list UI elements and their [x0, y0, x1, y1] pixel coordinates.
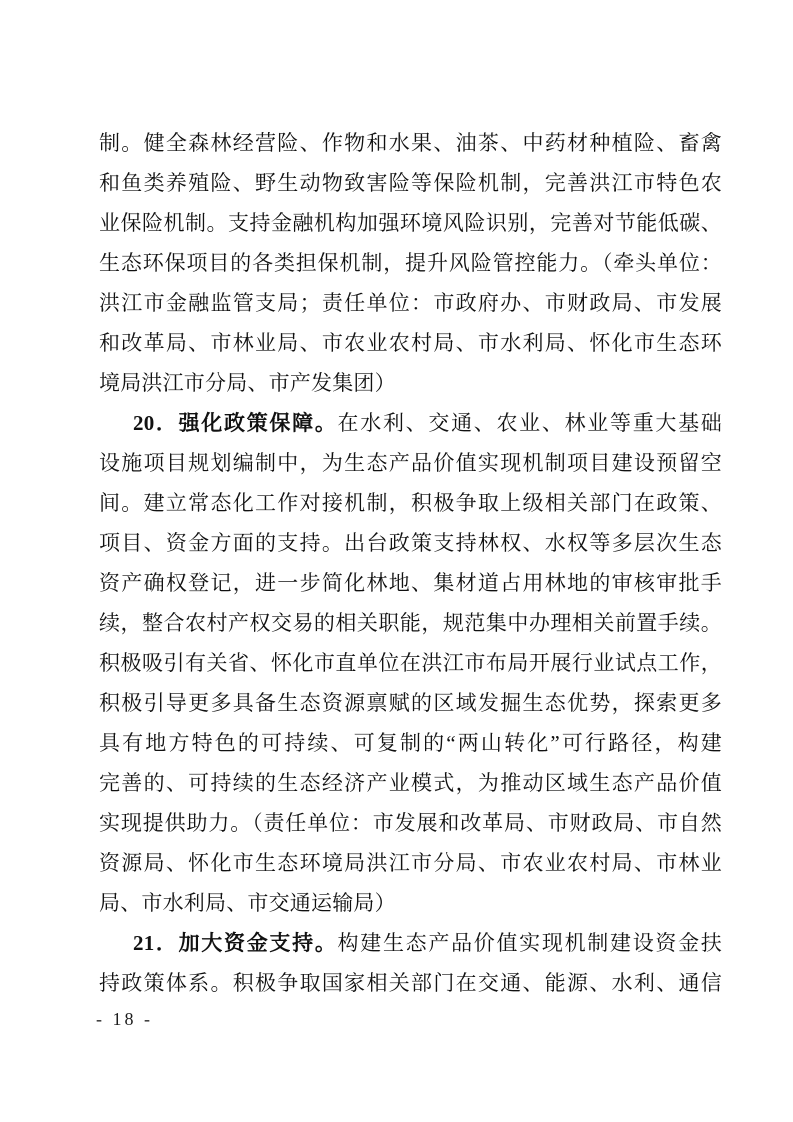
text-line: 生态环保项目的各类担保机制，提升风险管控能力。（牵头单位： [99, 243, 722, 283]
text-line: 制。健全森林经营险、作物和水果、油茶、中药材种植险、畜禽 [99, 123, 722, 163]
text-line: 洪江市金融监管支局；责任单位：市政府办、市财政局、市发展 [99, 283, 722, 323]
text-line: 资产确权登记，进一步简化林地、集材道占用林地的审核审批手 [99, 563, 722, 603]
text-line: 具有地方特色的可持续、可复制的“两山转化”可行路径，构建 [99, 723, 722, 763]
text-line: 完善的、可持续的生态经济产业模式，为推动区域生态产品价值 [99, 763, 722, 803]
text-line: 续，整合农村产权交易的相关职能，规范集中办理相关前置手续。 [99, 603, 722, 643]
document-body: 制。健全森林经营险、作物和水果、油茶、中药材种植险、畜禽 和鱼类养殖险、野生动物… [99, 123, 722, 1003]
text-line: 设施项目规划编制中，为生态产品价值实现机制项目建设预留空 [99, 443, 722, 483]
text-line: 积极吸引有关省、怀化市直单位在洪江市布局开展行业试点工作， [99, 643, 722, 683]
text-line: 和改革局、市林业局、市农业农村局、市水利局、怀化市生态环 [99, 323, 722, 363]
text-line: 项目、资金方面的支持。出台政策支持林权、水权等多层次生态 [99, 523, 722, 563]
text-line: 资源局、怀化市生态环境局洪江市分局、市农业农村局、市林业 [99, 843, 722, 883]
text-line: 持政策体系。积极争取国家相关部门在交通、能源、水利、通信 [99, 963, 722, 1003]
text-line: 间。建立常态化工作对接机制，积极争取上级相关部门在政策、 [99, 483, 722, 523]
text-line: 积极引导更多具备生态资源禀赋的区域发掘生态优势，探索更多 [99, 683, 722, 723]
paragraph-end-line: 局、市水利局、市交通运输局） [99, 883, 722, 923]
paragraph-start-line: 20．强化政策保障。在水利、交通、农业、林业等重大基础 [99, 403, 722, 443]
paragraph-start-line: 21．加大资金支持。构建生态产品价值实现机制建设资金扶 [99, 923, 722, 963]
paragraph-heading-20: 20．强化政策保障。 [133, 411, 338, 435]
document-page: 制。健全森林经营险、作物和水果、油茶、中药材种植险、畜禽 和鱼类养殖险、野生动物… [0, 0, 793, 1122]
page-number: - 18 - [96, 1006, 153, 1032]
paragraph-end-line: 境局洪江市分局、市产发集团） [99, 363, 722, 403]
paragraph-heading-21: 21．加大资金支持。 [133, 931, 338, 955]
text-line: 业保险机制。支持金融机构加强环境风险识别，完善对节能低碳、 [99, 203, 722, 243]
text-run: 构建生态产品价值实现机制建设资金扶 [338, 931, 722, 955]
text-run: 在水利、交通、农业、林业等重大基础 [338, 411, 722, 435]
text-line: 实现提供助力。（责任单位：市发展和改革局、市财政局、市自然 [99, 803, 722, 843]
text-line: 和鱼类养殖险、野生动物致害险等保险机制，完善洪江市特色农 [99, 163, 722, 203]
